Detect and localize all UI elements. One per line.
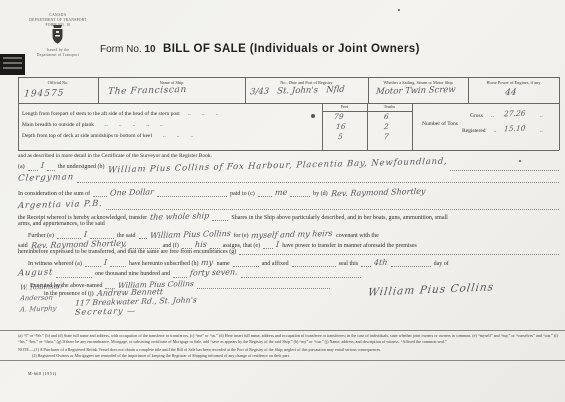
transferor-occupation-hand: Clergyman xyxy=(18,172,75,183)
day-of-text: day of xyxy=(434,261,449,267)
myself-hand: myself and my heirs xyxy=(251,229,333,240)
witness-whereof-text: In witness whereof (a) xyxy=(28,261,82,267)
blank-leader xyxy=(258,191,272,197)
length-feet-value: 79 xyxy=(334,112,344,121)
day-hand: 4th xyxy=(374,258,388,267)
hand-i-2: I xyxy=(83,230,87,239)
undersigned-text: the undersigned (b) xyxy=(58,164,105,170)
transferee-name-hand: Rev. Raymond Shortley xyxy=(330,187,425,198)
form-number-label: Form No. xyxy=(100,44,142,55)
bottom-rule xyxy=(0,360,565,361)
body-line-1: (a) I the undersigned (b) William Pius C… xyxy=(18,161,559,171)
blank-leader xyxy=(391,261,431,267)
depth-tenths-value: 7 xyxy=(384,132,389,141)
blank-leader xyxy=(173,272,187,278)
form-number-heading: Form No. 10 xyxy=(100,44,156,55)
by-text: by (d) xyxy=(313,191,328,197)
blank-leader xyxy=(77,177,559,183)
body-line-2: Clergyman xyxy=(18,173,559,183)
col-header-official-no: Official No. xyxy=(18,80,98,85)
table-border-left xyxy=(18,77,19,150)
print-code: M-660 (1951) xyxy=(28,371,57,376)
footnote-divider xyxy=(0,330,565,331)
covenant-text: covenant with the xyxy=(336,233,379,239)
his-hand: his xyxy=(194,240,207,249)
depth-feet-value: 5 xyxy=(338,132,343,141)
scan-speck xyxy=(311,114,315,118)
number-of-tons-label: Number of Tons xyxy=(422,121,458,127)
footnote-legend: (a) “I” or “We.” (b) and (d) State full … xyxy=(18,333,558,344)
table-border-bottom xyxy=(18,150,559,151)
col-header-registry: No., Date and Port of Registry xyxy=(245,80,368,85)
dim-divider-3 xyxy=(412,103,413,150)
transferor-signature: William Pius Collins xyxy=(367,281,495,299)
dim-row-breadth-label: Main breadth to outside of plank .. .. .… xyxy=(22,122,322,128)
further-text: Further (e) xyxy=(28,233,54,239)
blank-leader xyxy=(233,261,259,267)
official-number-value: 194575 xyxy=(24,88,65,99)
blank-leader xyxy=(241,272,361,278)
scan-speck xyxy=(398,9,400,11)
transferee-residence-hand: Argentia via P.B. xyxy=(18,199,103,211)
covenantor-name-hand: William Pius Collins xyxy=(149,229,231,240)
witness-occupation-hand: Secretary — xyxy=(75,306,137,317)
body-line-7: Further (e) I the said William Pius Coll… xyxy=(18,230,559,239)
col-header-name-of-ship: Name of Ship xyxy=(98,80,245,85)
body-line-10: In witness whereof (a) I have hereunto s… xyxy=(18,258,559,267)
arms-text: arms, and appurtenances, to the said xyxy=(18,221,105,227)
described-line: and as described in more detail in the C… xyxy=(18,153,212,159)
scan-speck xyxy=(519,160,521,162)
scanned-bill-of-sale-document: CANADA DEPARTMENT OF TRANSPORT FORM NO. … xyxy=(0,0,565,402)
blank-leader xyxy=(157,191,227,197)
blank-leader xyxy=(361,261,371,267)
margin-signature-3: A. Murphy xyxy=(20,304,57,313)
tenths-column-header: Tenths xyxy=(367,104,412,109)
hand-i-4: I xyxy=(103,258,107,267)
body-line-9: hereinbefore expressed to be transferred… xyxy=(18,249,559,255)
blank-leader xyxy=(290,191,310,197)
dim-row-depth-label: Depth from top of deck at side amidships… xyxy=(22,133,322,139)
horse-power-value: 44 xyxy=(505,88,517,98)
paid-to-text: paid to (c) xyxy=(230,191,255,197)
ship-name-value: The Franciscan xyxy=(108,85,188,97)
encumbrances-text: hereinbefore expressed to be transferred… xyxy=(18,249,236,255)
breadth-feet-value: 16 xyxy=(336,122,346,131)
consideration-text: In consideration of the sum of xyxy=(18,191,90,197)
sum-hand: One Dollar xyxy=(110,187,155,197)
registered-tons-trailing-dots: .. xyxy=(540,128,543,134)
imprint-line-5: Department of Transport xyxy=(18,53,98,58)
month-hand: August xyxy=(18,268,54,279)
blank-leader xyxy=(110,261,126,267)
body-line-8: said Rev. Raymond Shortley, and (f) his … xyxy=(18,240,559,249)
col-header-horse-power: Horse Power of Engines, if any xyxy=(468,80,559,85)
my-hand: my xyxy=(201,258,214,267)
body-line-3: In consideration of the sum of One Dolla… xyxy=(18,188,559,197)
form-number-value: 10 xyxy=(144,44,155,55)
me-hand: me xyxy=(274,188,287,197)
length-tenths-value: 6 xyxy=(384,112,389,121)
footnote-note-1: NOTE.—(1) A Purchaser of a Registered Br… xyxy=(18,347,558,353)
body-line-11: August one thousand nine hundred and for… xyxy=(18,268,559,278)
blank-leader xyxy=(85,261,101,267)
blank-leader xyxy=(93,191,107,197)
breadth-tenths-value: 2 xyxy=(384,122,389,131)
blank-leader xyxy=(239,249,559,255)
body-line-6: arms, and appurtenances, to the said xyxy=(18,221,559,227)
body-line-5: the Receipt whereof is hereby acknowledg… xyxy=(18,212,559,221)
blank-leader xyxy=(56,272,92,278)
dim-row-length-label: Length from forepart of stem to the aft … xyxy=(22,111,322,117)
issuing-imprint-bottom: Issued by the Department of Transport xyxy=(18,48,98,58)
name-text: name xyxy=(217,261,230,267)
ref-a: (a) xyxy=(18,164,25,170)
subscribed-text: have hereunto subscribed (h) xyxy=(129,261,198,267)
registry-value: 3/43 St. John's Nfld xyxy=(250,85,345,98)
margin-signature-1: W. Robinson xyxy=(20,282,63,292)
seal-this-text: seal this xyxy=(339,261,359,267)
gross-tons-label: Gross .. .. xyxy=(470,113,508,119)
for-text: for (e) xyxy=(233,233,248,239)
blank-leader xyxy=(47,165,55,171)
table-border-mid xyxy=(18,103,559,104)
hand-i-1: I xyxy=(40,161,44,170)
ship-type-value: Motor Twin Screw xyxy=(376,85,456,97)
blank-leader xyxy=(292,261,336,267)
gross-tons-value: 27.26 xyxy=(504,109,526,119)
year-hand: forty seven. xyxy=(190,267,238,277)
blank-leader xyxy=(106,204,559,210)
registry-stamp xyxy=(0,54,25,75)
blank-leader xyxy=(57,233,81,239)
blank-leader xyxy=(90,233,114,239)
footnote-note-2: (2) Registered Owners or Mortgagees are … xyxy=(18,353,558,359)
gross-tons-trailing-dots: .. xyxy=(540,113,543,119)
document-title: BILL OF SALE (Individuals or Joint Owner… xyxy=(163,43,420,55)
feet-column-header: Feet xyxy=(322,104,367,109)
registered-tons-label: Registered .. xyxy=(462,128,497,134)
body-line-4: Argentia via P.B. xyxy=(18,200,559,210)
table-border-right xyxy=(559,77,560,150)
margin-signature-2: Anderson xyxy=(20,294,54,303)
table-border-top xyxy=(18,77,559,78)
blank-leader xyxy=(139,233,147,239)
blank-leader xyxy=(450,165,559,171)
registered-tons-value: 15.10 xyxy=(504,124,526,134)
affixed-text: and affixed xyxy=(262,261,289,267)
year-print-text: one thousand nine hundred and xyxy=(95,271,170,277)
hand-i-3: I xyxy=(276,240,280,249)
blank-leader xyxy=(28,165,38,171)
